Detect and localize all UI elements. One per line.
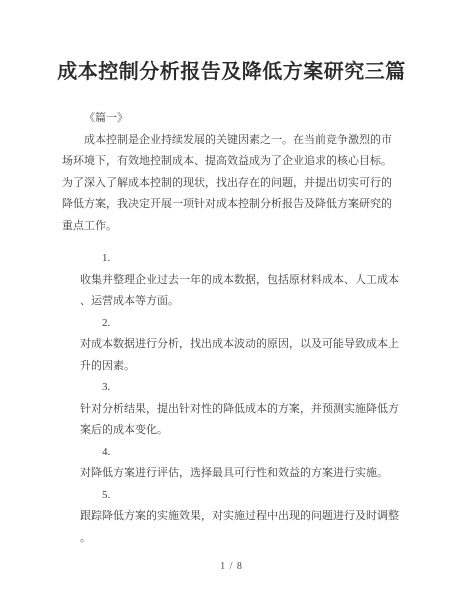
list-item-number: 5. — [80, 485, 400, 507]
list-item-text: 对降低方案进行评估，选择最具可行性和效益的方案进行实施。 — [80, 463, 400, 485]
list-item-text: 收集并整理企业过去一年的成本数据，包括原材料成本、人工成本、运营成本等方面。 — [80, 270, 400, 313]
list-item: 3. 针对分析结果，提出针对性的降低成本的方案，并预测实施降低方案后的成本变化。 — [80, 377, 400, 442]
list-item-number: 1. — [80, 248, 400, 270]
list-item-text: 对成本数据进行分析，找出成本波动的原因，以及可能导致成本上升的因素。 — [80, 334, 400, 377]
document-body: 《篇一》 成本控制是企业持续发展的关键因素之一。在当前竞争激烈的市场环境下，有效… — [62, 108, 396, 549]
list-item: 1. 收集并整理企业过去一年的成本数据，包括原材料成本、人工成本、运营成本等方面… — [80, 248, 400, 313]
list-item-text: 跟踪降低方案的实施效果，对实施过程中出现的问题进行及时调整。 — [80, 506, 400, 549]
list-item: 2. 对成本数据进行分析，找出成本波动的原因，以及可能导致成本上升的因素。 — [80, 313, 400, 378]
intro-paragraph: 成本控制是企业持续发展的关键因素之一。在当前竞争激烈的市场环境下，有效地控制成本… — [62, 130, 396, 238]
list-item: 5. 跟踪降低方案的实施效果，对实施过程中出现的问题进行及时调整。 — [80, 485, 400, 550]
list-item: 4. 对降低方案进行评估，选择最具可行性和效益的方案进行实施。 — [80, 442, 400, 485]
list-item-text: 针对分析结果，提出针对性的降低成本的方案，并预测实施降低方案后的成本变化。 — [80, 399, 400, 442]
page-number: 1 / 8 — [0, 560, 463, 574]
list-item-number: 4. — [80, 442, 400, 464]
section-label: 《篇一》 — [62, 108, 396, 130]
document-title: 成本控制分析报告及降低方案研究三篇 — [0, 58, 463, 86]
task-list: 1. 收集并整理企业过去一年的成本数据，包括原材料成本、人工成本、运营成本等方面… — [80, 248, 400, 549]
list-item-number: 3. — [80, 377, 400, 399]
document-page: 成本控制分析报告及降低方案研究三篇 《篇一》 成本控制是企业持续发展的关键因素之… — [0, 0, 463, 600]
list-item-number: 2. — [80, 313, 400, 335]
